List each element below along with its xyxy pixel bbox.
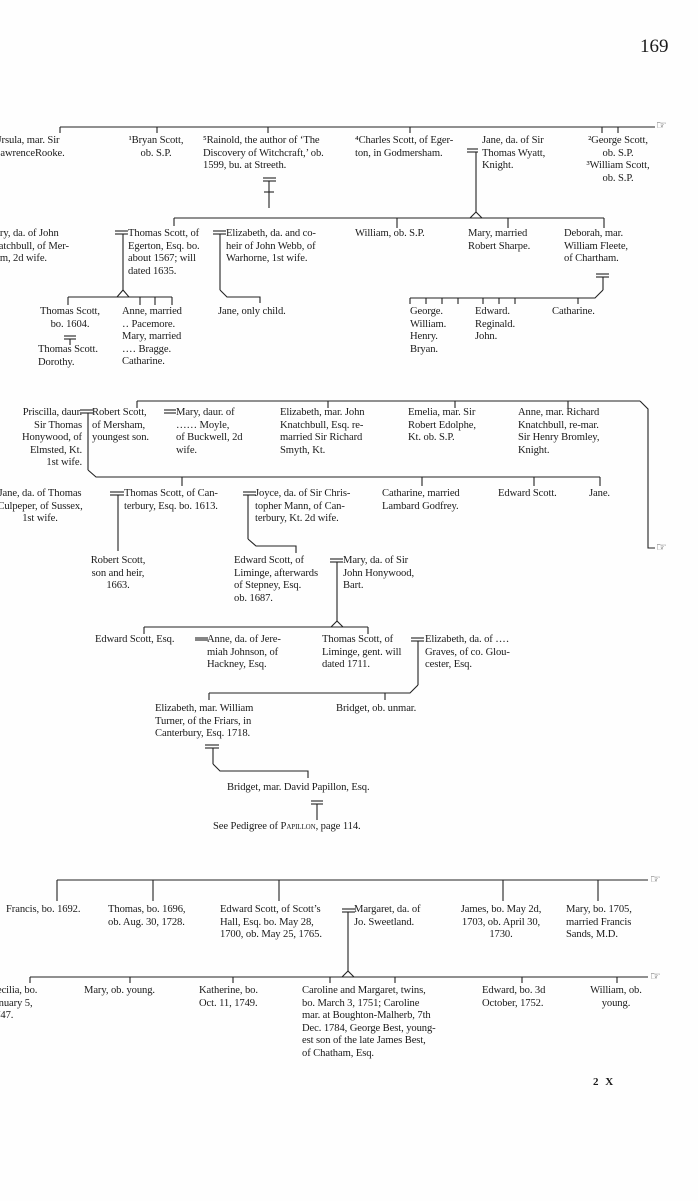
pedigree-entry-fleete-sons-1: George. William. Henry. Bryan. — [410, 306, 470, 356]
pedigree-entry-anne-bromley: Anne, mar. Richard Knatchbull, re-mar. S… — [518, 407, 630, 457]
pedigree-entry-fleete-sons-2: Edward. Reginald. John. — [475, 306, 535, 344]
pedigree-entry-elizabeth-webb: Elizabeth, da. and co- heir of John Webb… — [226, 228, 344, 266]
pedigree-entry-edward-scotts-hall: Edward Scott, of Scott’s Hall, Esq. bo. … — [220, 904, 346, 942]
pedigree-entry-mary-young: Mary, ob. young. — [84, 985, 184, 998]
see-pedigree-suffix: , page 114. — [316, 821, 361, 832]
papillon-link[interactable]: Papillon — [281, 821, 316, 832]
pedigree-entry-emelia: Emelia, mar. Sir Robert Edolphe, Kt. ob.… — [408, 407, 508, 445]
pedigree-entry-thomas-liminge: Thomas Scott, of Liminge, gent. will dat… — [322, 634, 414, 672]
pedigree-entry-caroline-margaret: Caroline and Margaret, twins, bo. March … — [302, 985, 462, 1061]
pedigree-entry-edward-scott: Edward Scott. — [498, 488, 578, 501]
pedigree-entry-bryan: ¹Bryan Scott, ob. S.P. — [112, 135, 200, 160]
pedigree-entry-mary-sharpe: Mary, married Robert Sharpe. — [468, 228, 558, 253]
document-page: 169 — [0, 0, 698, 1201]
pedigree-entry-william-young: William, ob. young. — [580, 985, 652, 1010]
printer-signature-mark: 2 X — [593, 1076, 615, 1088]
pedigree-entry-mary-honywood: Mary, da. of Sir John Honywood, Bart. — [343, 555, 439, 593]
pedigree-entry-jane-wyatt: Jane, da. of Sir Thomas Wyatt, Knight. — [482, 135, 572, 173]
pedigree-entry-margaret-sweetland: Margaret, da. of Jo. Sweetland. — [354, 904, 444, 929]
pedigree-entry-deborah: Deborah, mar. William Fleete, of Chartha… — [564, 228, 654, 266]
pedigree-entry-thomas-1604: Thomas Scott, bo. 1604. — [28, 306, 112, 331]
pedigree-entry-edward-liminge: Edward Scott, of Liminge, afterwards of … — [234, 555, 332, 605]
pointing-hand-icon: ☞ — [650, 969, 661, 984]
pedigree-entry-jane: Jane. — [589, 488, 629, 501]
pedigree-entry-william-osp: William, ob. S.P. — [355, 228, 465, 241]
pedigree-entry-jane-culpeper: Jane, da. of Thomas Culpeper, of Sussex,… — [0, 488, 114, 526]
pedigree-entry-priscilla: Priscilla, daur. Sir Thomas Honywood, of… — [0, 407, 82, 470]
pedigree-entry-mary-knatchbull: Mary, da. of John Knatchbull, of Mer- sh… — [0, 228, 116, 266]
pedigree-entry-charles: ⁴Charles Scott, of Eger- ton, in Godmers… — [355, 135, 475, 160]
pointing-hand-icon: ☞ — [656, 118, 667, 133]
pedigree-entry-mary-moyle: Mary, daur. of …… Moyle, of Buckwell, 2d… — [176, 407, 262, 457]
pedigree-entry-robert-heir: Robert Scott, son and heir, 1663. — [70, 555, 166, 593]
pedigree-entry-bridget-unmar: Bridget, ob. unmar. — [336, 703, 446, 716]
pedigree-entry-rainold: ⁵Rainold, the author of ‘The Discovery o… — [203, 135, 353, 173]
pedigree-entry-george-william: ²George Scott, ob. S.P. ³William Scott, … — [573, 135, 663, 185]
pedigree-entry-elizabeth-graves: Elizabeth, da. of ‥‥ Graves, of co. Glou… — [425, 634, 545, 672]
pedigree-entry-thomas-1696: Thomas, bo. 1696, ob. Aug. 30, 1728. — [108, 904, 212, 929]
see-pedigree-reference: See Pedigree of Papillon, page 114. — [213, 821, 443, 834]
pedigree-entry-thomas-dorothy: Thomas Scott. Dorothy. — [38, 344, 118, 369]
see-pedigree-prefix: See Pedigree of — [213, 821, 281, 832]
pedigree-entry-edward-1752: Edward, bo. 3d October, 1752. — [482, 985, 574, 1010]
pedigree-entry-james: James, bo. May 2d, 1703, ob. April 30, 1… — [448, 904, 554, 942]
pedigree-entry-cecilia: Cecilia, bo. January 5, 1747. — [0, 985, 60, 1023]
pedigree-entry-edward-esq: Edward Scott, Esq. — [95, 634, 197, 647]
pedigree-entry-catharine-godfrey: Catharine, married Lambard Godfrey. — [382, 488, 487, 513]
pedigree-entry-mary-sands: Mary, bo. 1705, married Francis Sands, M… — [566, 904, 662, 942]
pedigree-entry-joyce-mann: Joyce, da. of Sir Chris- topher Mann, of… — [255, 488, 375, 526]
pedigree-entry-elizabeth-turner: Elizabeth, mar. William Turner, of the F… — [155, 703, 295, 741]
pedigree-entry-fleete-catharine: Catharine. — [552, 306, 622, 319]
pedigree-entry-francis: Francis, bo. 1692. — [6, 904, 106, 917]
pedigree-entry-elizabeth-knatchbull: Elizabeth, mar. John Knatchbull, Esq. re… — [280, 407, 395, 457]
pedigree-entry-thomas-canterbury: Thomas Scott, of Can- terbury, Esq. bo. … — [124, 488, 244, 513]
pedigree-entry-bridget-papillon: Bridget, mar. David Papillon, Esq. — [227, 782, 427, 795]
pedigree-entry-robert-mersham: Robert Scott, of Mersham, youngest son. — [92, 407, 172, 445]
pedigree-entry-katherine: Katherine, bo. Oct. 11, 1749. — [199, 985, 289, 1010]
pedigree-entry-jane-only: Jane, only child. — [218, 306, 318, 319]
pointing-hand-icon: ☞ — [656, 540, 667, 555]
pointing-hand-icon: ☞ — [650, 872, 661, 887]
pedigree-entry-thomas-egerton: Thomas Scott, of Egerton, Esq. bo. about… — [128, 228, 220, 278]
pedigree-entry-anne-johnson: Anne, da. of Jere- miah Johnson, of Hack… — [207, 634, 307, 672]
pedigree-entry-ursula: Ursula, mar. Sir LawrenceRooke. — [0, 135, 106, 160]
pedigree-entry-anne-mary-catharine: Anne, married ‥ Pacemore. Mary, married … — [122, 306, 202, 369]
